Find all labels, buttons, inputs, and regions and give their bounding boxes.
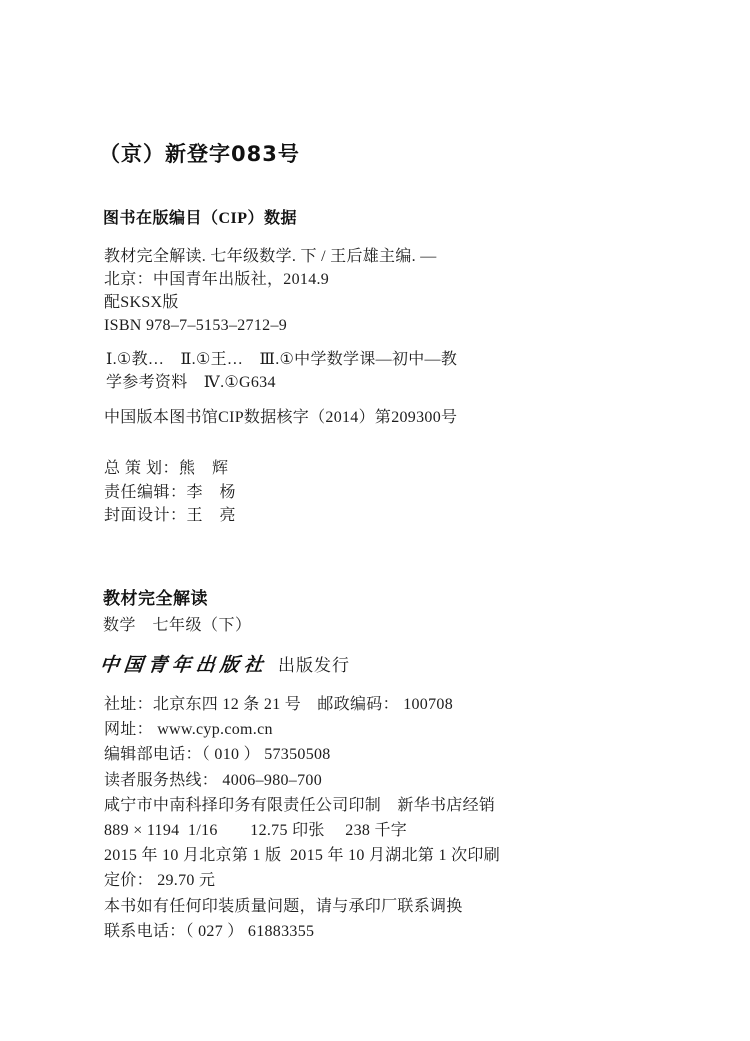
isbn-line: ISBN 978–7–5153–2712–9 — [104, 314, 437, 337]
credit-name: 熊 辉 — [179, 460, 229, 477]
cip-classification-block: Ⅰ.①教… Ⅱ.①王… Ⅲ.①中学数学课—初中—教 学参考资料 Ⅳ.①G634 — [106, 348, 457, 394]
colophon-hotline-line: 读者服务热线： 4006–980–700 — [104, 768, 500, 793]
credit-name: 王 亮 — [187, 507, 237, 524]
publisher-line: 中国青年出版社出版发行 — [100, 650, 350, 677]
credit-row: 封面设计：王 亮 — [104, 504, 236, 528]
publisher-role: 出版发行 — [278, 656, 350, 675]
registration-number: （京）新登字083号 — [99, 138, 300, 168]
cip-classification-line: Ⅰ.①教… Ⅱ.①王… Ⅲ.①中学数学课—初中—教 — [106, 348, 457, 371]
colophon-block: 社址：北京东四 12 条 21 号 邮政编码： 100708 网址： www.c… — [104, 692, 500, 944]
colophon-price-line: 定价： 29.70 元 — [104, 868, 500, 893]
credits-block: 总 策 划：熊 辉 责任编辑：李 杨 封面设计：王 亮 — [104, 457, 236, 528]
credit-label: 责任编辑： — [104, 484, 187, 501]
colophon-contact-phone-line: 联系电话：（ 027 ） 61883355 — [104, 919, 500, 944]
cip-description-block: 教材完全解读. 七年级数学. 下 / 王后雄主编. — 北京：中国青年出版社，2… — [104, 245, 437, 337]
publisher-logo: 中国青年出版社 — [99, 650, 270, 677]
book-series-title: 教材完全解读 — [103, 584, 208, 609]
cip-heading: 图书在版编目（CIP）数据 — [103, 205, 297, 228]
cip-description-line: 配SKSX版 — [104, 291, 437, 314]
cip-description-line: 教材完全解读. 七年级数学. 下 / 王后雄主编. — — [104, 245, 437, 268]
colophon-editorial-phone-line: 编辑部电话：（ 010 ） 57350508 — [104, 742, 500, 767]
credit-label: 总 策 划： — [104, 460, 179, 477]
credit-row: 总 策 划：熊 辉 — [104, 457, 236, 481]
cip-description-line: 北京：中国青年出版社，2014.9 — [104, 268, 437, 291]
colophon-printer-line: 咸宁市中南科择印务有限责任公司印制 新华书店经销 — [104, 793, 500, 818]
colophon-website-line: 网址： www.cyp.com.cn — [104, 717, 500, 742]
colophon-edition-line: 2015 年 10 月北京第 1 版 2015 年 10 月湖北第 1 次印刷 — [104, 843, 500, 868]
credit-row: 责任编辑：李 杨 — [104, 481, 236, 505]
colophon-format-line: 889 × 1194 1/16 12.75 印张 238 千字 — [104, 818, 500, 843]
cip-record-number: 中国版本图书馆CIP数据核字（2014）第209300号 — [104, 404, 457, 427]
credit-label: 封面设计： — [104, 507, 187, 524]
book-subtitle: 数学 七年级（下） — [103, 612, 252, 635]
colophon-address-line: 社址：北京东四 12 条 21 号 邮政编码： 100708 — [104, 692, 500, 717]
cip-classification-line: 学参考资料 Ⅳ.①G634 — [106, 371, 457, 394]
credit-name: 李 杨 — [187, 484, 237, 501]
copyright-page: （京）新登字083号 图书在版编目（CIP）数据 教材完全解读. 七年级数学. … — [0, 0, 750, 1041]
colophon-quality-notice-line: 本书如有任何印装质量问题，请与承印厂联系调换 — [104, 894, 500, 919]
